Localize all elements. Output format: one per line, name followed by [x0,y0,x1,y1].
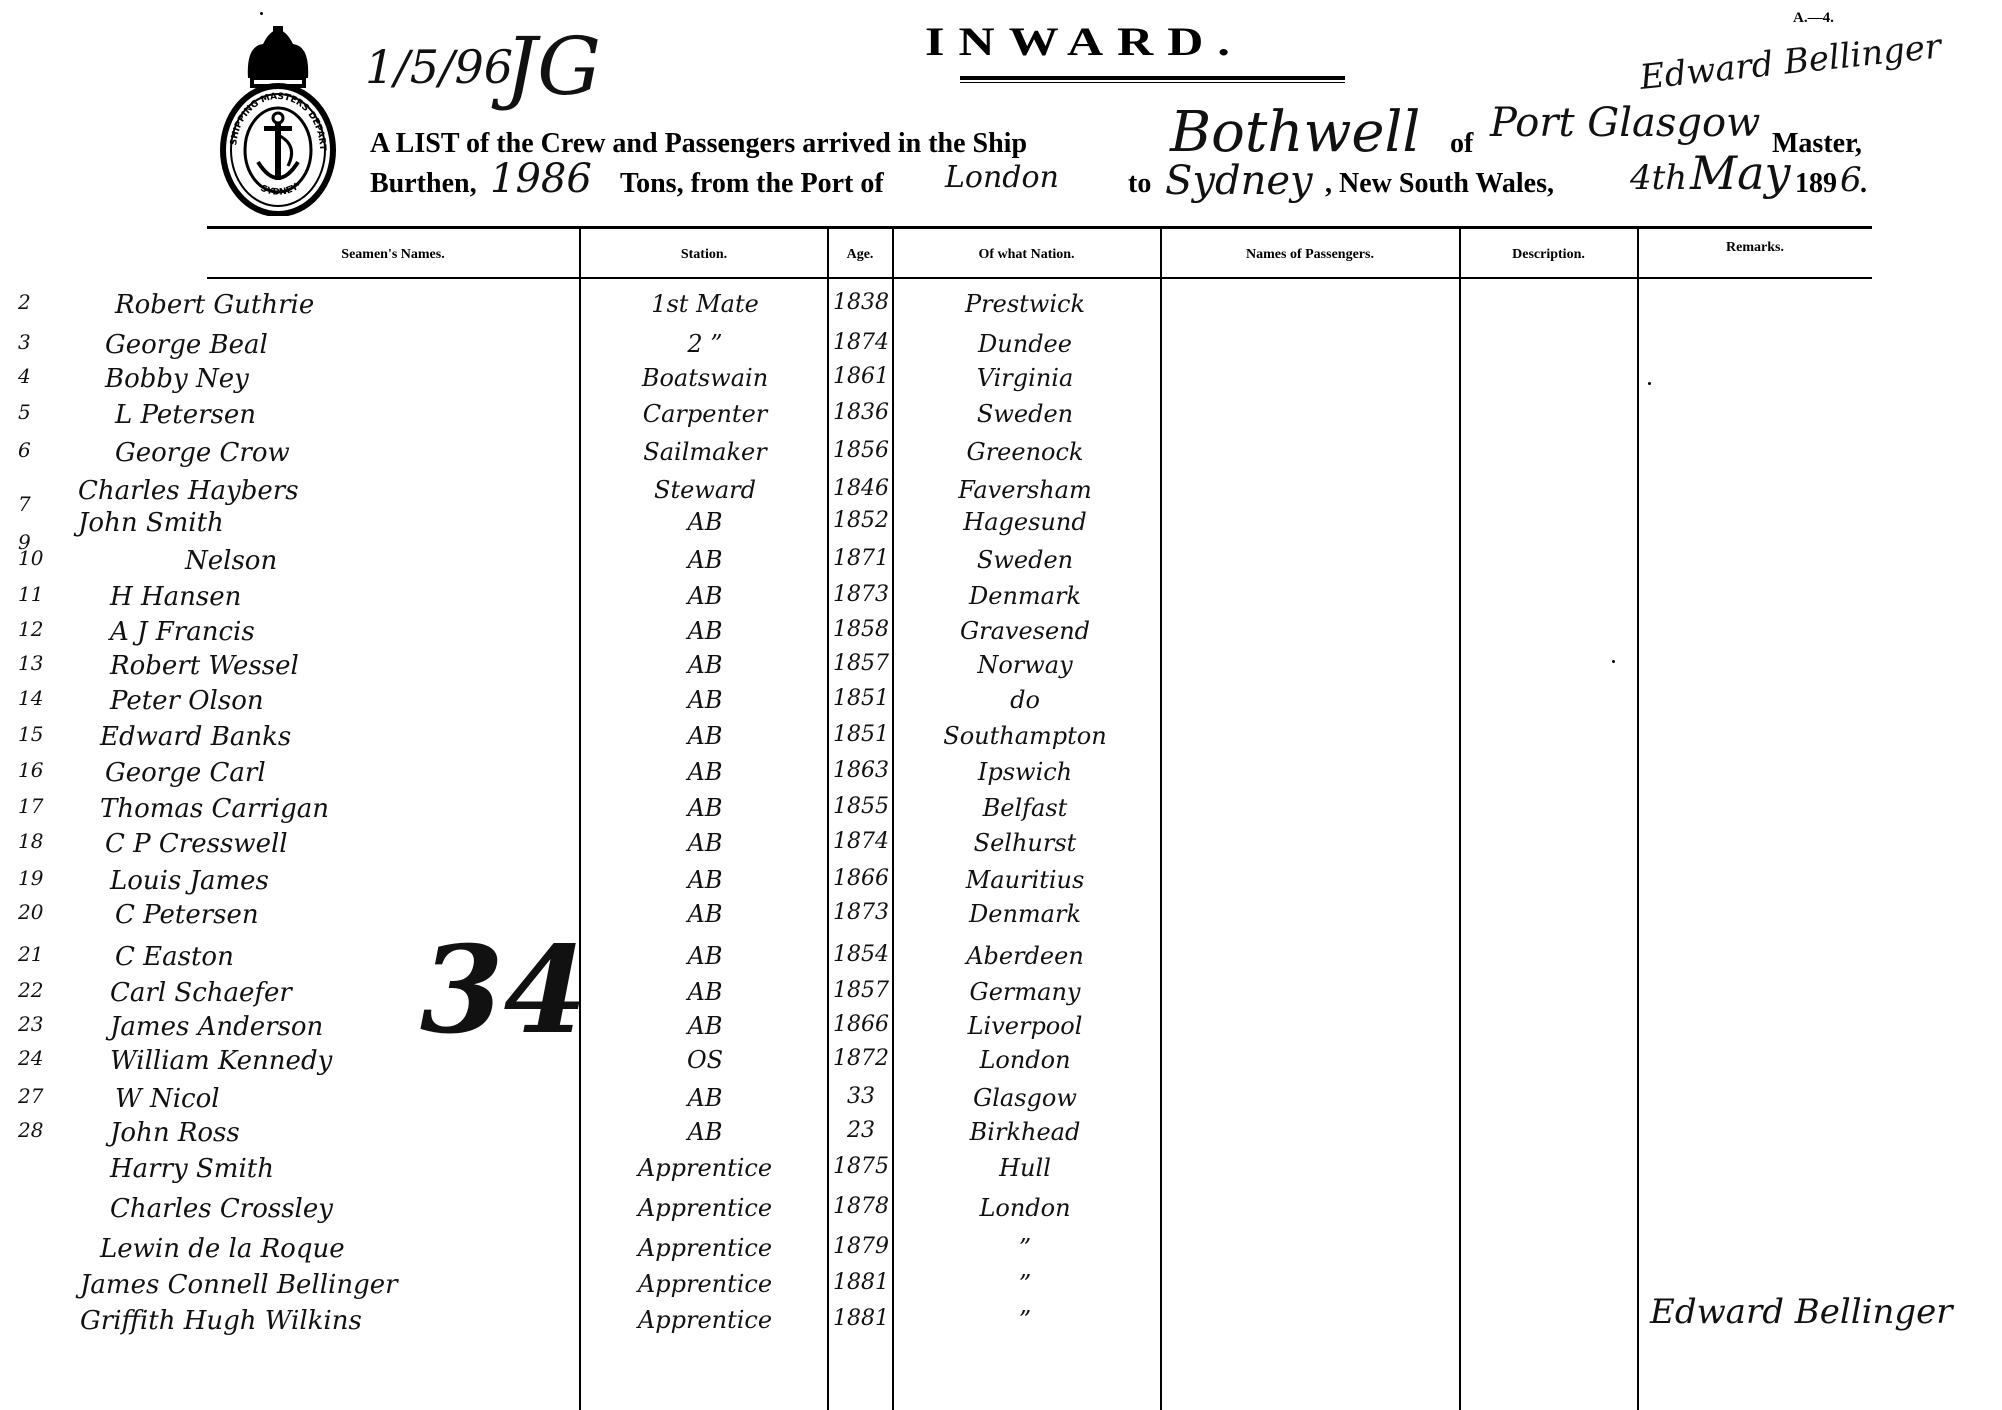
seaman-name: C Easton [115,942,234,972]
to-port: Sydney [1165,158,1313,204]
table-row: 23James AndersonAB1866Liverpool [0,1012,2002,1048]
station: Apprentice [590,1154,820,1182]
row-number: 28 [18,1118,43,1142]
heading-line1-prefix: A LIST of the Crew and Passengers arrive… [370,128,1027,160]
seaman-name: Peter Olson [110,686,264,716]
row-number: 27 [18,1084,43,1108]
station: AB [590,794,820,822]
station: AB [590,686,820,714]
table-top-rule [207,226,1872,229]
age: 1873 [830,900,892,925]
seaman-name: Robert Wessel [110,651,299,681]
age: 23 [830,1118,892,1143]
table-row: 18C P CresswellAB1874Selhurst [0,829,2002,865]
age: 1881 [830,1306,892,1331]
scan-speck [1648,382,1651,385]
nation: Belfast [905,794,1145,822]
table-row: 21C EastonAB1854Aberdeen [0,942,2002,978]
column-header-station: Station. [580,247,828,263]
row-number: 14 [18,686,43,710]
age: 1861 [830,364,892,389]
nation: Denmark [905,900,1145,928]
age: 1878 [830,1194,892,1219]
seaman-name: Bobby Ney [105,364,249,394]
seaman-name: Thomas Carrigan [100,794,329,824]
row-number: 16 [18,758,43,782]
row-number: 21 [18,942,43,966]
row-number: 10 [18,546,43,570]
nation: ” [905,1306,1145,1334]
age: 1846 [830,476,892,501]
table-row: Griffith Hugh WilkinsApprentice1881”Edwa… [0,1306,2002,1342]
seaman-name: John Ross [110,1118,240,1148]
age: 1838 [830,290,892,315]
shipping-masters-department-seal-icon: SHIPPING MASTERS DEPARTMENT ·SYDNEY· [218,26,338,216]
table-row: 15Edward BanksAB1851Southampton [0,722,2002,758]
table-row: 17Thomas CarriganAB1855Belfast [0,794,2002,830]
seaman-name: Harry Smith [110,1154,274,1184]
station: Apprentice [590,1234,820,1262]
row-number: 3 [18,330,31,354]
row-number: 17 [18,794,43,818]
column-header-description: Description. [1460,247,1637,263]
nation: ” [905,1234,1145,1262]
table-row: 22Carl SchaeferAB1857Germany [0,978,2002,1014]
station: AB [590,829,820,857]
age: 1851 [830,722,892,747]
of-label: of [1450,128,1473,160]
nation: do [905,686,1145,714]
station: AB [590,651,820,679]
row-number: 18 [18,829,43,853]
column-header-nation: Of what Nation. [893,247,1160,263]
row-number: 22 [18,978,43,1002]
nation: Denmark [905,582,1145,610]
seaman-name: A J Francis [110,617,255,647]
row-number: 19 [18,866,43,890]
station: AB [590,508,820,536]
nation: Greenock [905,438,1145,466]
date-year-prefix: 189 [1795,168,1837,200]
table-row: 13Robert WesselAB1857Norway [0,651,2002,687]
date-day: 4th [1630,158,1687,198]
table-row: 9John SmithAB1852Hagesund [0,508,2002,544]
nation: Hull [905,1154,1145,1182]
station: AB [590,1118,820,1146]
age: 1874 [830,330,892,355]
age: 1852 [830,508,892,533]
station: AB [590,1012,820,1040]
table-row: 4Bobby NeyBoatswain1861Virginia [0,364,2002,400]
row-number: 6 [18,438,31,462]
station: OS [590,1046,820,1074]
column-header-remarks: Remarks. [1638,240,1872,256]
age: 1836 [830,400,892,425]
table-row: 7Charles HaybersSteward1846Faversham [0,476,2002,512]
seaman-name: Charles Haybers [78,476,299,506]
seaman-name: George Crow [115,438,290,468]
row-number: 2 [18,290,31,314]
column-header-seamens-names: Seamen's Names. [207,247,579,263]
nation: Dundee [905,330,1145,358]
age: 1866 [830,866,892,891]
seaman-name: C Petersen [115,900,259,930]
date-end: . [1860,168,1867,200]
table-row: Lewin de la RoqueApprentice1879” [0,1234,2002,1270]
seaman-name: W Nicol [115,1084,220,1114]
age: 1871 [830,546,892,571]
page-title: INWARD. [925,18,1244,64]
row-number: 4 [18,364,31,388]
age: 1866 [830,1012,892,1037]
nation: Southampton [905,722,1145,750]
nation: London [905,1194,1145,1222]
table-row: 20C PetersenAB1873Denmark [0,900,2002,936]
station: 1st Mate [590,290,820,318]
seaman-name: John Smith [78,508,224,538]
nation: Prestwick [905,290,1145,318]
row-number: 24 [18,1046,43,1070]
station: Steward [590,476,820,504]
seaman-name: William Kennedy [110,1046,332,1076]
tally-mark: 34 [420,920,587,1061]
station: Boatswain [590,364,820,392]
nation: Selhurst [905,829,1145,857]
station: Sailmaker [590,438,820,466]
table-row: 16George CarlAB1863Ipswich [0,758,2002,794]
seaman-name: James Anderson [110,1012,323,1042]
age: 1881 [830,1270,892,1295]
nation: Mauritius [905,866,1145,894]
seaman-name: Griffith Hugh Wilkins [80,1306,362,1336]
station: Apprentice [590,1270,820,1298]
station: AB [590,866,820,894]
column-header-passengers: Names of Passengers. [1161,247,1459,263]
home-port: Port Glasgow [1490,100,1760,146]
station: AB [590,1084,820,1112]
seaman-name: Edward Banks [100,722,291,752]
seaman-name: George Carl [105,758,266,788]
master-name: Edward Bellinger [1638,26,1943,97]
svg-text:·SYDNEY·: ·SYDNEY· [256,181,304,198]
age: 1872 [830,1046,892,1071]
age: 1856 [830,438,892,463]
tons-label: Tons, from the Port of [620,168,884,200]
scan-speck [260,12,263,15]
age: 1875 [830,1154,892,1179]
nation: Liverpool [905,1012,1145,1040]
nation: Birkhead [905,1118,1145,1146]
table-row: Harry SmithApprentice1875Hull [0,1154,2002,1190]
nation: London [905,1046,1145,1074]
table-row: Charles CrossleyApprentice1878London [0,1194,2002,1230]
station: AB [590,942,820,970]
to-label: to [1128,168,1151,200]
nation: Germany [905,978,1145,1006]
age: 33 [830,1084,892,1109]
seaman-name: Nelson [185,546,277,576]
seaman-name: Lewin de la Roque [100,1234,345,1264]
station: Carpenter [590,400,820,428]
age: 1857 [830,651,892,676]
table-row: 19Louis JamesAB1866Mauritius [0,866,2002,902]
nation: ” [905,1270,1145,1298]
nation: Ipswich [905,758,1145,786]
row-number: 23 [18,1012,43,1036]
station: AB [590,546,820,574]
table-row: 2Robert Guthrie1st Mate1838Prestwick [0,290,2002,326]
station: Apprentice [590,1194,820,1222]
seaman-name: Charles Crossley [110,1194,333,1224]
age: 1873 [830,582,892,607]
table-row: 14Peter OlsonAB1851do [0,686,2002,722]
age: 1851 [830,686,892,711]
table-row: 11H HansenAB1873Denmark [0,582,2002,618]
row-number: 20 [18,900,43,924]
row-number: 5 [18,400,31,424]
station: AB [590,722,820,750]
column-header-age: Age. [828,247,892,263]
seaman-name: Carl Schaefer [110,978,292,1008]
annotation-initials: JG [505,20,601,113]
nation: Norway [905,651,1145,679]
seaman-name: George Beal [105,330,268,360]
nation: Glasgow [905,1084,1145,1112]
table-row: 24William KennedyOS1872London [0,1046,2002,1082]
age: 1863 [830,758,892,783]
seaman-name: C P Cresswell [105,829,288,859]
nation: Virginia [905,364,1145,392]
age: 1857 [830,978,892,1003]
date-year-suffix: 6 [1840,160,1862,200]
remarks-signature: Edward Bellinger [1650,1292,1953,1332]
station: AB [590,582,820,610]
annotation-date: 1/5/96 [365,40,513,94]
ship-name: Bothwell [1170,100,1420,165]
seaman-name: Louis James [110,866,269,896]
seaman-name: James Connell Bellinger [80,1270,398,1300]
age: 1879 [830,1234,892,1259]
nation: Hagesund [905,508,1145,536]
age: 1858 [830,617,892,642]
table-row: 27W NicolAB33Glasgow [0,1084,2002,1120]
seaman-name: L Petersen [115,400,256,430]
table-row: 10NelsonAB1871Sweden [0,546,2002,582]
age: 1855 [830,794,892,819]
title-rule [960,76,1345,80]
seaman-name: H Hansen [110,582,241,612]
row-number: 11 [18,582,43,606]
table-row: 28John RossAB23Birkhead [0,1118,2002,1154]
nation: Sweden [905,546,1145,574]
nsw-label: , New South Wales, [1325,168,1554,200]
burthen-value: 1986 [490,156,592,202]
station: AB [590,617,820,645]
form-code: A.—4. [1793,10,1834,27]
seaman-name: Robert Guthrie [115,290,314,320]
station: AB [590,978,820,1006]
age: 1874 [830,829,892,854]
row-number: 15 [18,722,43,746]
nation: Aberdeen [905,942,1145,970]
header-bottom-rule [207,277,1872,279]
age: 1854 [830,942,892,967]
from-port: London [945,160,1059,195]
burthen-label: Burthen, [370,168,477,200]
scan-speck [1612,660,1615,663]
title-rule-thin [960,82,1345,83]
table-row: 3George Beal2 ”1874Dundee [0,330,2002,366]
table-row: 12A J FrancisAB1858Gravesend [0,617,2002,653]
row-number: 12 [18,617,43,641]
date-month: May [1690,146,1791,200]
station: AB [590,758,820,786]
nation: Faversham [905,476,1145,504]
station: 2 ” [590,330,820,358]
station: AB [590,900,820,928]
station: Apprentice [590,1306,820,1334]
nation: Sweden [905,400,1145,428]
row-number: 13 [18,651,43,675]
table-row: 6George CrowSailmaker1856Greenock [0,438,2002,474]
table-row: 5L PetersenCarpenter1836Sweden [0,400,2002,436]
nation: Gravesend [905,617,1145,645]
